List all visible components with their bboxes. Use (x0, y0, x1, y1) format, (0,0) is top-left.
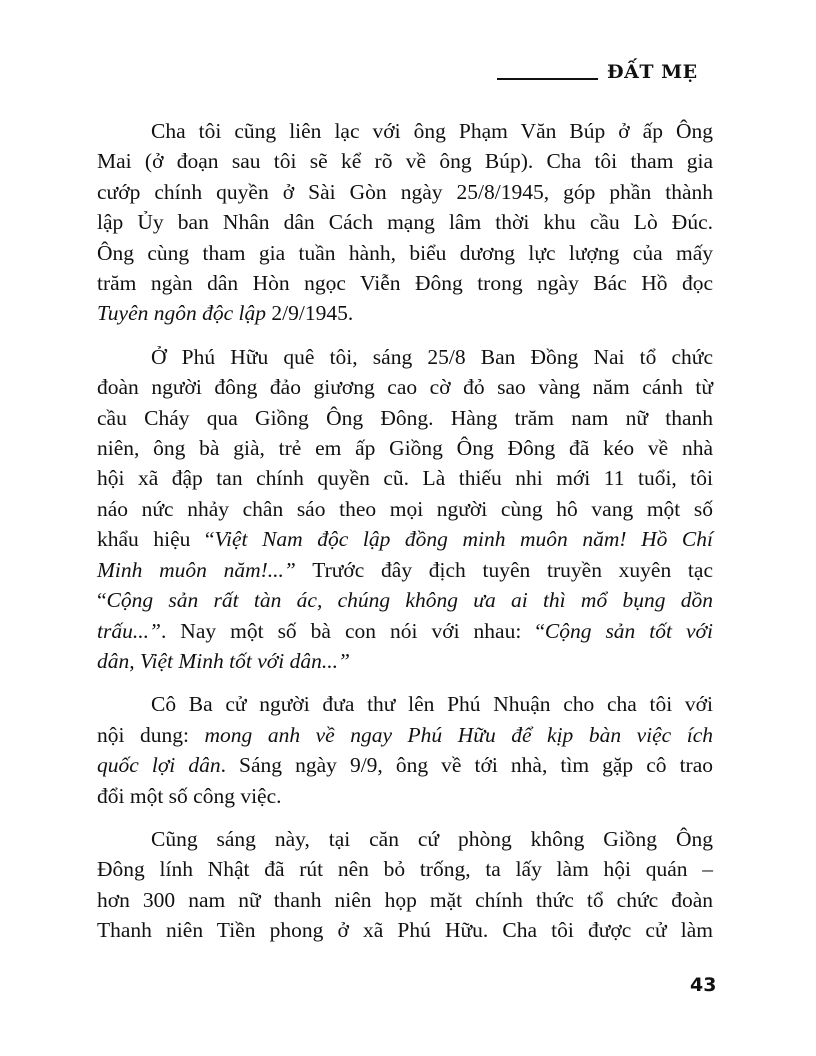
text-segment: đổi một số công việc. (97, 784, 282, 808)
italic-text: Việt Nam độc lập đồng minh muôn năm! Hồ … (214, 527, 713, 551)
text-line: quốc lợi dân. Sáng ngày 9/9, ông về tới … (97, 750, 713, 780)
text-segment: Cũng sáng này, tại căn cứ phòng không Gi… (151, 827, 713, 851)
text-line: trăm ngàn dân Hòn ngọc Viễn Đông trong n… (97, 268, 713, 298)
text-line: Cũng sáng này, tại căn cứ phòng không Gi… (97, 824, 713, 854)
italic-text: Cộng sản rất tàn ác, chúng không ưa ai t… (107, 588, 713, 612)
text-segment: hơn 300 nam nữ thanh niên họp mặt chính … (97, 888, 713, 912)
text-line: Tuyên ngôn độc lập 2/9/1945. (97, 298, 713, 328)
text-segment: “ (97, 588, 107, 612)
text-line: Mai (ở đoạn sau tôi sẽ kể rõ về ông Búp)… (97, 146, 713, 176)
text-segment: cầu Cháy qua Giồng Ông Đông. Hàng trăm n… (97, 406, 713, 430)
text-line: dân, Việt Minh tốt với dân...” (97, 646, 713, 676)
paragraph: Cũng sáng này, tại căn cứ phòng không Gi… (97, 824, 713, 946)
text-line: Thanh niên Tiền phong ở xã Phú Hữu. Cha … (97, 915, 713, 945)
text-line: đoàn người đông đảo giương cao cờ đỏ sao… (97, 372, 713, 402)
text-segment: Cô Ba cử người đưa thư lên Phú Nhuận cho… (151, 692, 713, 716)
text-line: lập Ủy ban Nhân dân Cách mạng lâm thời k… (97, 207, 713, 237)
text-segment: Mai (ở đoạn sau tôi sẽ kể rõ về ông Búp)… (97, 149, 713, 173)
italic-text: Cộng sản tốt với (545, 619, 713, 643)
text-segment: hội xã đập tan chính quyền cũ. Là thiếu … (97, 466, 713, 490)
text-segment: nội dung: (97, 723, 205, 747)
paragraph: Cô Ba cử người đưa thư lên Phú Nhuận cho… (97, 689, 713, 811)
header-rule (497, 78, 598, 80)
text-line: nội dung: mong anh về ngay Phú Hữu để kị… (97, 720, 713, 750)
text-line: Đông lính Nhật đã rút nên bỏ trống, ta l… (97, 854, 713, 884)
paragraph: Ở Phú Hữu quê tôi, sáng 25/8 Ban Đồng Na… (97, 342, 713, 676)
text-segment: lập Ủy ban Nhân dân Cách mạng lâm thời k… (97, 210, 713, 234)
page-number: 43 (690, 974, 716, 996)
running-head: ĐẤT MẸ (497, 58, 709, 86)
text-line: náo nức nhảy chân sáo theo mọi người cùn… (97, 494, 713, 524)
text-segment: Ở Phú Hữu quê tôi, sáng 25/8 Ban Đồng Na… (151, 345, 713, 369)
text-line: khẩu hiệu “Việt Nam độc lập đồng minh mu… (97, 524, 713, 554)
text-segment: náo nức nhảy chân sáo theo mọi người cùn… (97, 497, 713, 521)
body-text: Cha tôi cũng liên lạc với ông Phạm Văn B… (97, 116, 713, 959)
paragraph: Cha tôi cũng liên lạc với ông Phạm Văn B… (97, 116, 713, 329)
text-segment: Đông lính Nhật đã rút nên bỏ trống, ta l… (97, 857, 713, 881)
text-line: hội xã đập tan chính quyền cũ. Là thiếu … (97, 463, 713, 493)
text-line: Cha tôi cũng liên lạc với ông Phạm Văn B… (97, 116, 713, 146)
text-segment: niên, ông bà già, trẻ em ấp Giồng Ông Đô… (97, 436, 713, 460)
italic-text: dân, Việt Minh tốt với dân...” (97, 649, 350, 673)
text-line: Cô Ba cử người đưa thư lên Phú Nhuận cho… (97, 689, 713, 719)
text-line: Minh muôn năm!...” Trước đây địch tuyên … (97, 555, 713, 585)
text-line: hơn 300 nam nữ thanh niên họp mặt chính … (97, 885, 713, 915)
italic-text: Tuyên ngôn độc lập (97, 301, 266, 325)
italic-text: Minh muôn năm!...” (97, 558, 296, 582)
text-line: cầu Cháy qua Giồng Ông Đông. Hàng trăm n… (97, 403, 713, 433)
text-segment: Trước đây địch tuyên truyền xuyên tạc (296, 558, 713, 582)
italic-text: mong anh về ngay Phú Hữu để kịp bàn việc… (205, 723, 714, 747)
text-segment: cướp chính quyền ở Sài Gòn ngày 25/8/194… (97, 180, 713, 204)
text-line: Ở Phú Hữu quê tôi, sáng 25/8 Ban Đồng Na… (97, 342, 713, 372)
text-segment: 2/9/1945. (266, 301, 353, 325)
chapter-title: ĐẤT MẸ (607, 63, 698, 82)
text-segment: khẩu hiệu “ (97, 527, 214, 551)
text-line: đổi một số công việc. (97, 781, 713, 811)
text-line: trấu...”. Nay một số bà con nói với nhau… (97, 616, 713, 646)
text-segment: Cha tôi cũng liên lạc với ông Phạm Văn B… (151, 119, 713, 143)
text-segment: Ông cùng tham gia tuần hành, biểu dương … (97, 241, 713, 265)
text-segment: . Sáng ngày 9/9, ông về tới nhà, tìm gặp… (221, 753, 713, 777)
text-segment: đoàn người đông đảo giương cao cờ đỏ sao… (97, 375, 713, 399)
italic-text: quốc lợi dân (97, 753, 221, 777)
text-segment: Thanh niên Tiền phong ở xã Phú Hữu. Cha … (97, 918, 713, 942)
text-line: niên, ông bà già, trẻ em ấp Giồng Ông Đô… (97, 433, 713, 463)
text-line: cướp chính quyền ở Sài Gòn ngày 25/8/194… (97, 177, 713, 207)
text-segment: . Nay một số bà con nói với nhau: “ (161, 619, 545, 643)
italic-text: trấu...” (97, 619, 161, 643)
text-segment: trăm ngàn dân Hòn ngọc Viễn Đông trong n… (97, 271, 713, 295)
text-line: Ông cùng tham gia tuần hành, biểu dương … (97, 238, 713, 268)
text-line: “Cộng sản rất tàn ác, chúng không ưa ai … (97, 585, 713, 615)
